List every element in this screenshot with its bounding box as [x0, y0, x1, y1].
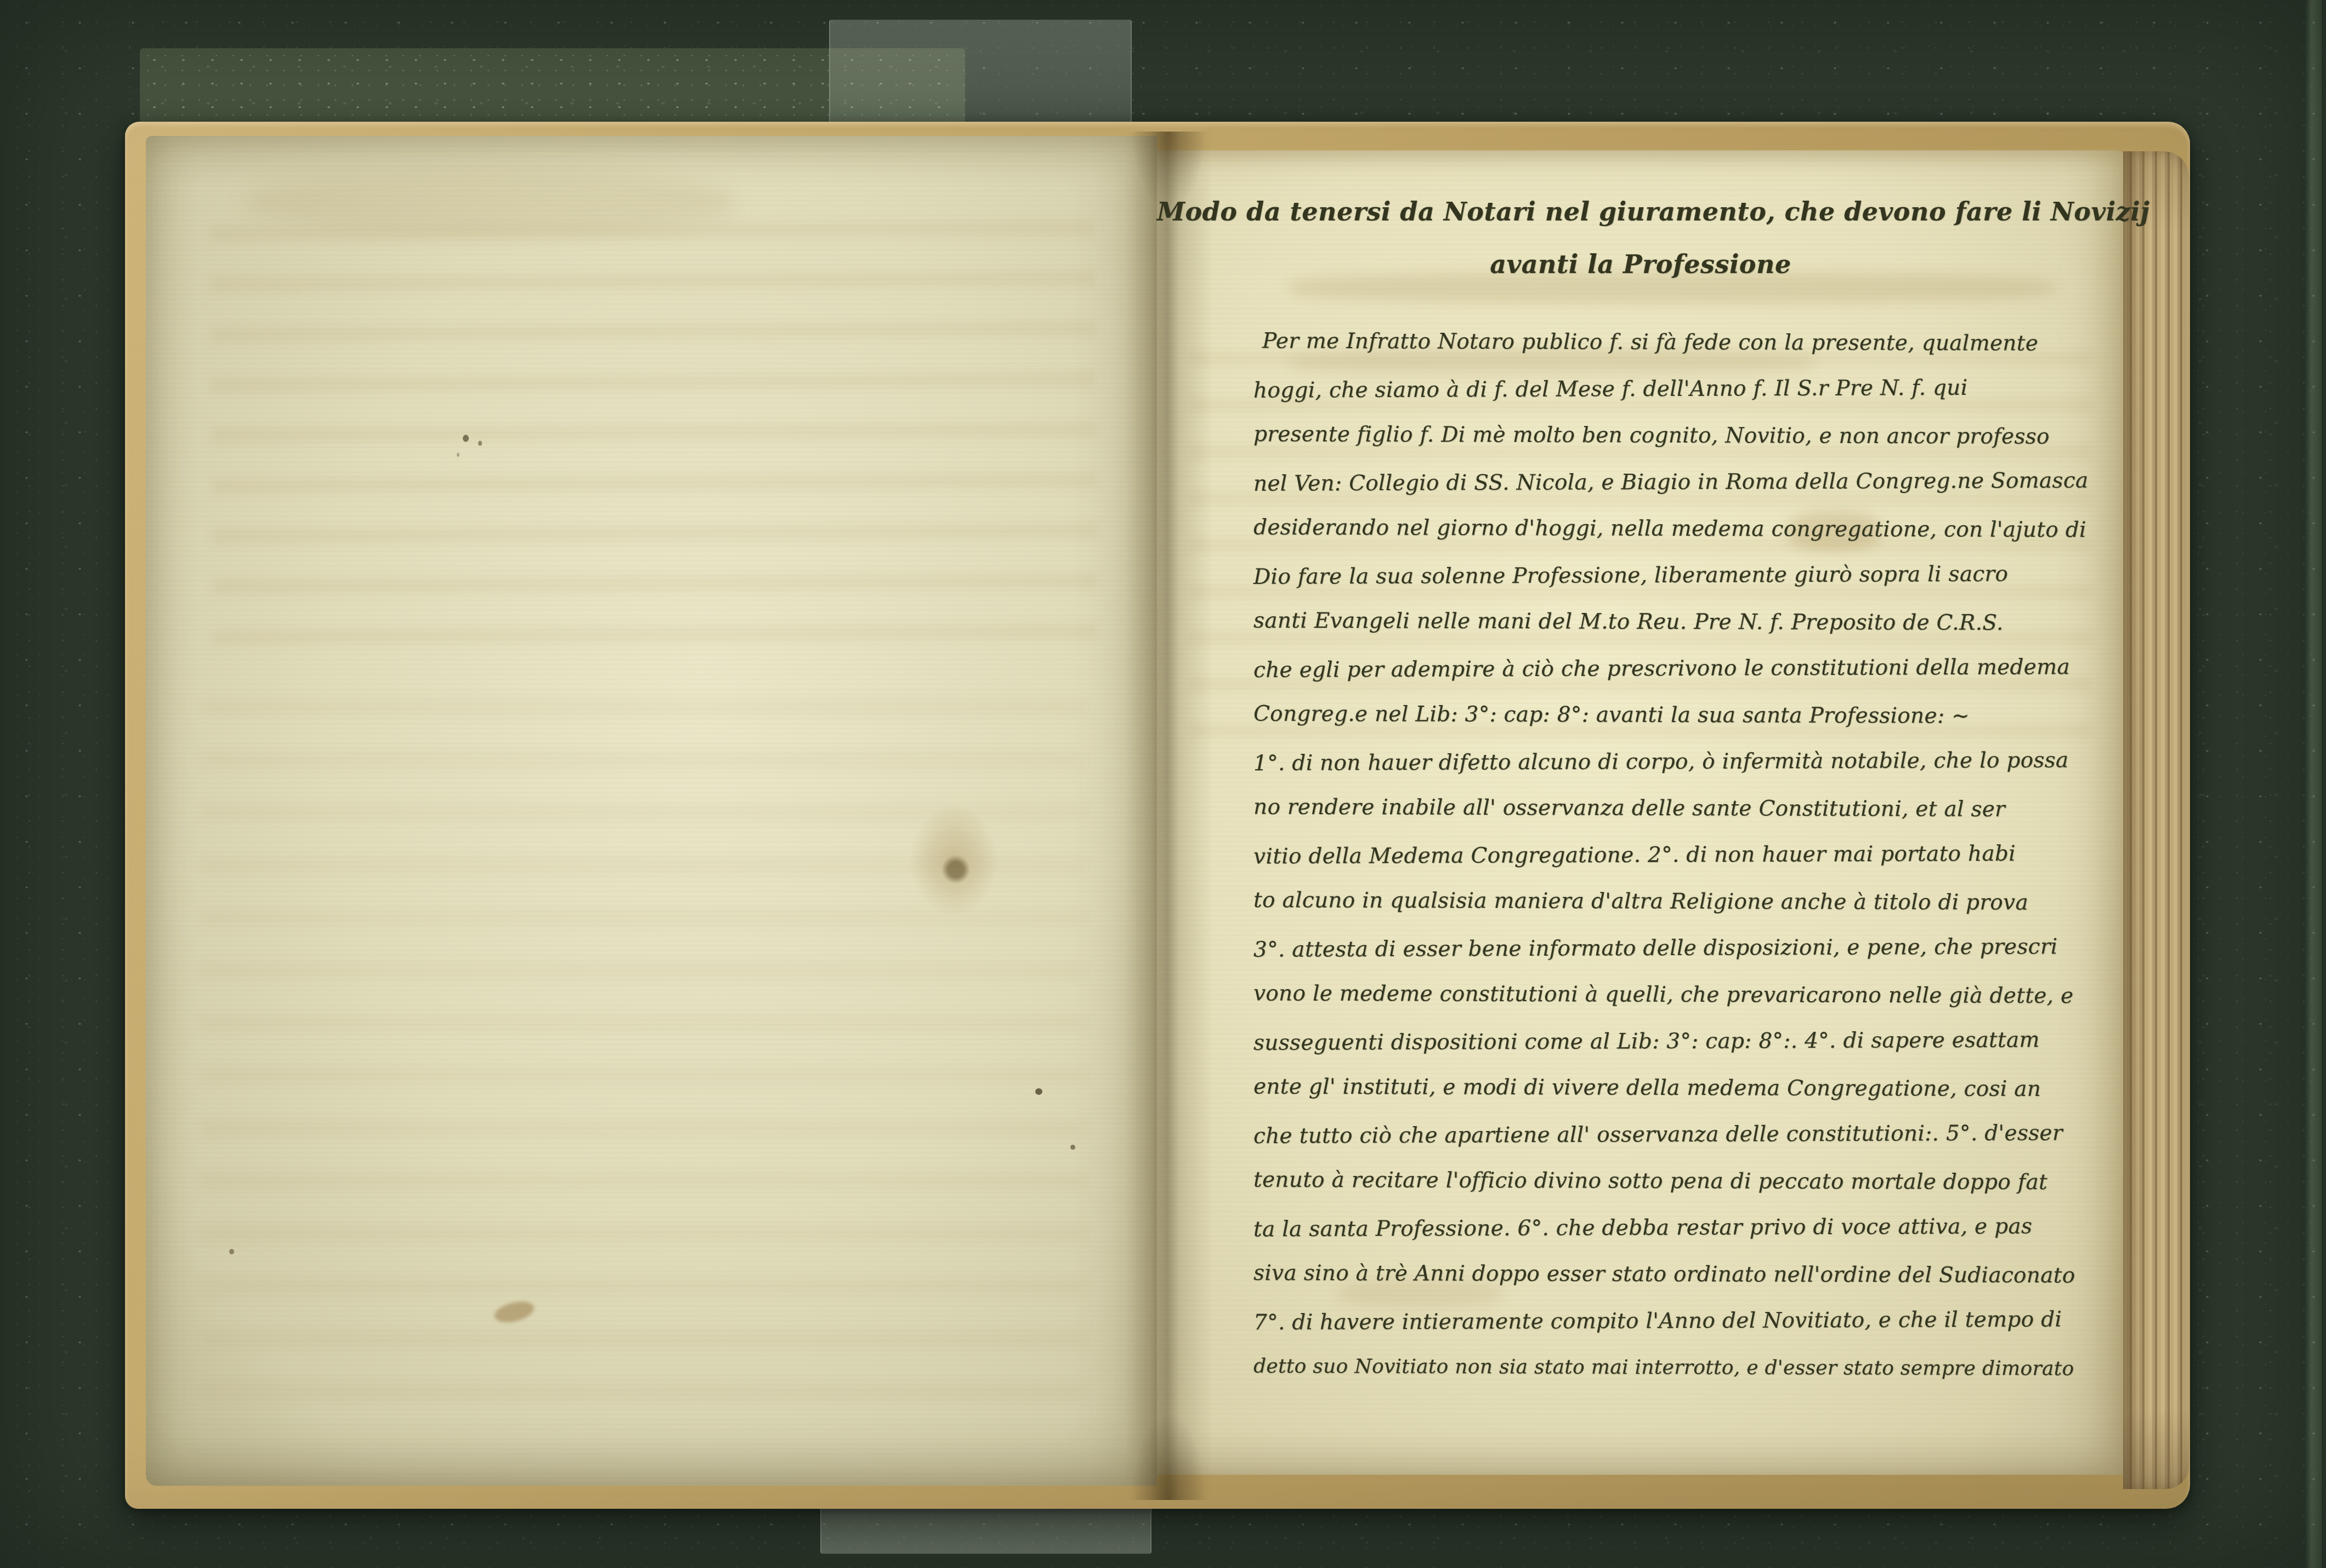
- manuscript-line: vitio della Medema Congregatione. 2°. di…: [1253, 830, 2102, 880]
- manuscript-line: hoggi, che siamo à di f. del Mese f. del…: [1253, 364, 2102, 414]
- manuscript-line: presente figlio f. Di mè molto ben cogni…: [1253, 411, 2102, 461]
- right-page: Modo da tenersi da Notari nel giuramento…: [1157, 150, 2124, 1475]
- manuscript-line: vono le medeme constitutioni à quelli, c…: [1253, 970, 2102, 1020]
- title-line: Modo da tenersi da Notari nel giuramento…: [1157, 185, 2124, 238]
- manuscript-line: detto suo Novitiato non sia stato mai in…: [1253, 1343, 2102, 1393]
- ink-stain: [492, 1298, 536, 1326]
- bleed-through-text: [201, 701, 1086, 1402]
- ink-spot: [1035, 1088, 1042, 1095]
- page-gutter: [1125, 132, 1213, 1500]
- ink-stain: [910, 806, 998, 916]
- manuscript-line: Per me Infratto Notaro publico f. si fà …: [1253, 318, 2102, 367]
- open-book: Modo da tenersi da Notari nel giuramento…: [125, 122, 2190, 1509]
- fore-edge: [2123, 151, 2189, 1489]
- manuscript-line: susseguenti dispositioni come al Lib: 3°…: [1253, 1016, 2102, 1066]
- manuscript-line: ta la santa Professione. 6°. che debba r…: [1253, 1203, 2102, 1253]
- manuscript-line: 3°. attesta di esser bene informato dell…: [1253, 923, 2102, 973]
- foxing-stain: [245, 169, 738, 235]
- manuscript-line: ente gl' instituti, e modi di vivere del…: [1253, 1064, 2102, 1113]
- left-page: [146, 136, 1157, 1486]
- manuscript-line: che tutto ciò che apartiene all' osserva…: [1253, 1110, 2102, 1160]
- manuscript-line: no rendere inabile all' osservanza delle…: [1253, 784, 2102, 833]
- manuscript-line: che egli per adempire à ciò che prescriv…: [1253, 644, 2102, 694]
- manuscript-line: nel Ven: Collegio di SS. Nicola, e Biagi…: [1253, 457, 2102, 507]
- manuscript-line: Congreg.e nel Lib: 3°: cap: 8°: avanti l…: [1253, 691, 2102, 740]
- manuscript-line: Dio fare la sua solenne Professione, lib…: [1253, 550, 2102, 600]
- glass-edge-strip: [2305, 0, 2322, 1568]
- title-line: avanti la Professione: [1157, 238, 2124, 291]
- manuscript-line: to alcuno in qualsisia maniera d'altra R…: [1253, 877, 2102, 927]
- ink-spot: [463, 435, 469, 442]
- manuscript-line: 7°. di havere intieramente compito l'Ann…: [1253, 1296, 2102, 1346]
- ink-spot: [229, 1249, 234, 1254]
- manuscript-line: tenuto à recitare l'officio divino sotto…: [1253, 1157, 2102, 1206]
- ink-spot: [1070, 1145, 1075, 1150]
- manuscript-line: siva sino à trè Anni doppo esser stato o…: [1253, 1250, 2102, 1299]
- manuscript-line: santi Evangeli nelle mani del M.to Reu. …: [1253, 598, 2102, 647]
- manuscript-line: 1°. di non hauer difetto alcuno di corpo…: [1253, 737, 2102, 787]
- manuscript-photo: Modo da tenersi da Notari nel giuramento…: [0, 0, 2326, 1568]
- bleed-through-text: [210, 220, 1098, 654]
- manuscript-body: Per me Infratto Notaro publico f. si fà …: [1253, 319, 2102, 1391]
- manuscript-line: desiderando nel giorno d'hoggi, nella me…: [1253, 504, 2102, 554]
- manuscript-title: Modo da tenersi da Notari nel giuramento…: [1157, 185, 2124, 291]
